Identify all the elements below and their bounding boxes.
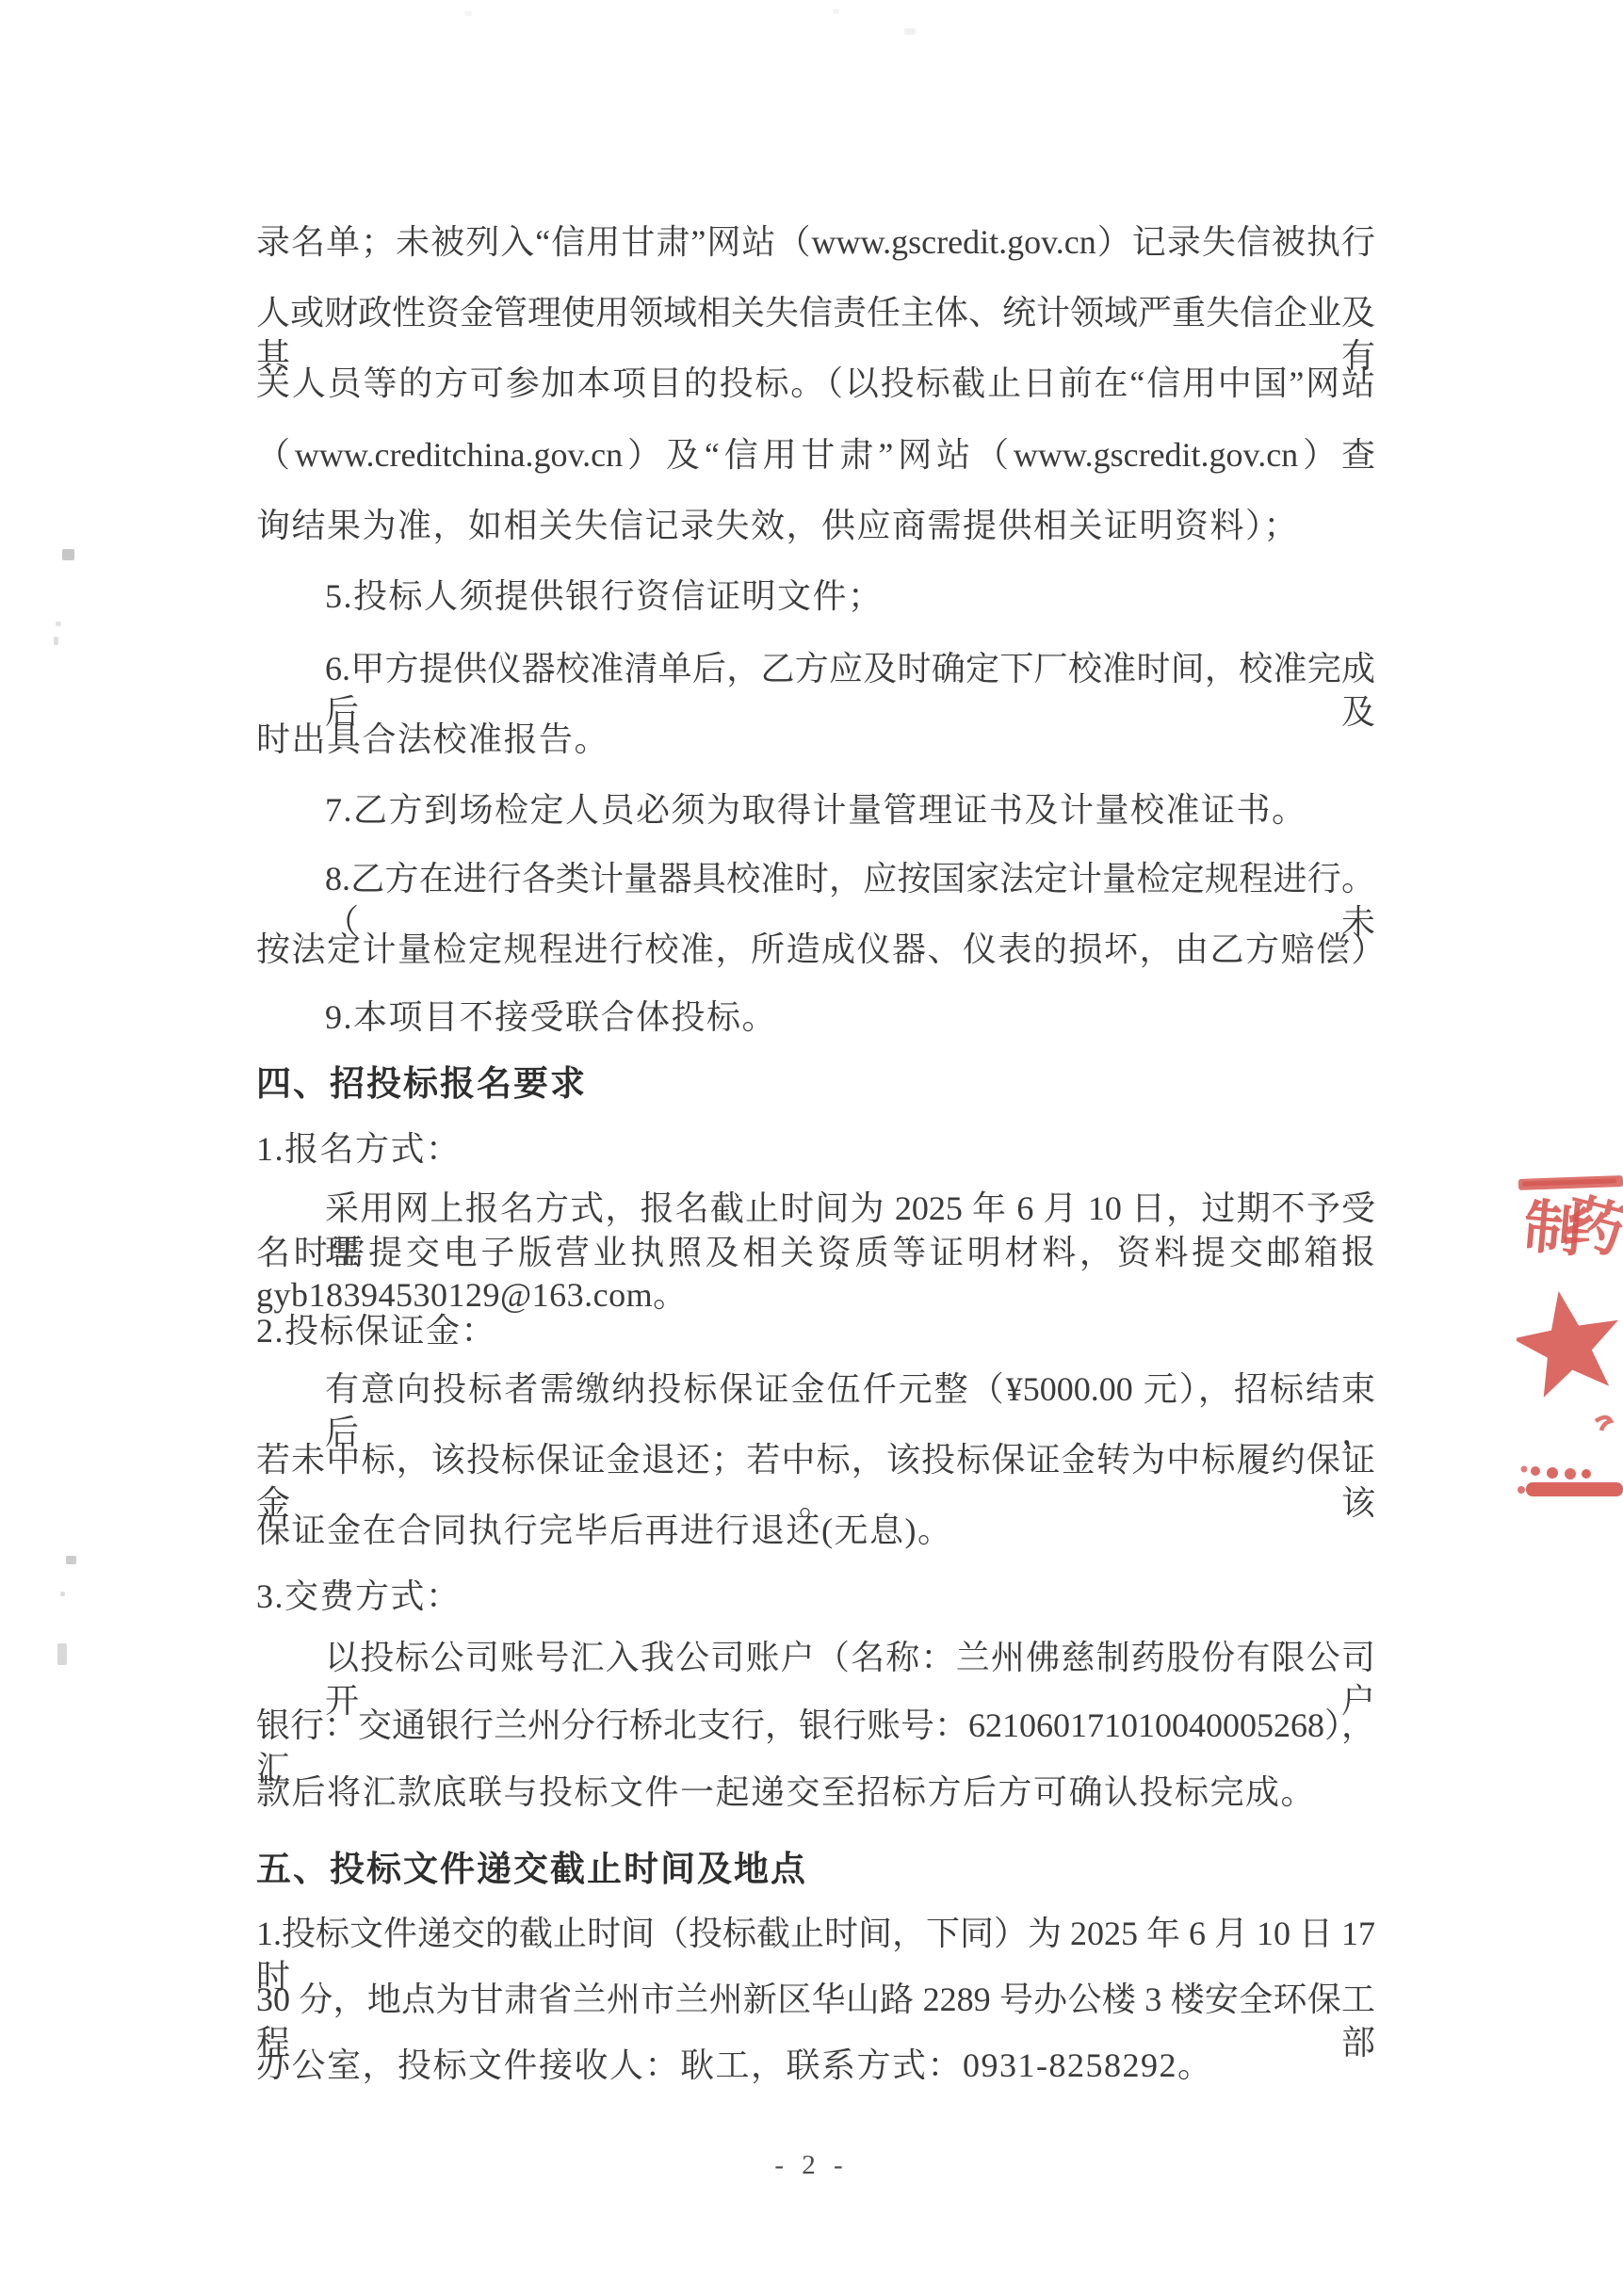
doc-line: （www.creditchina.gov.cn）及“信用甘肃”网站（www.gs… xyxy=(256,433,1375,477)
doc-subheading-payment: 3.交费方式： xyxy=(256,1575,1375,1618)
seal-small-mark xyxy=(1596,1417,1611,1431)
doc-line: 按法定计量检定规程进行校准，所造成仪器、仪表的损坏，由乙方赔偿） xyxy=(256,928,1375,971)
seal-border-bar xyxy=(1518,1175,1623,1190)
page-number: - 2 - xyxy=(0,2143,1623,2187)
doc-line-item-7: 7.乙方到场检定人员必须为取得计量管理证书及计量校准证书。 xyxy=(325,788,1375,832)
doc-line: 名时需提交电子版营业执照及相关资质等证明材料，资料提交邮箱： xyxy=(256,1231,1375,1274)
doc-subheading-signup: 1.报名方式： xyxy=(256,1127,1375,1171)
doc-line-item-9: 9.本项目不接受联合体投标。 xyxy=(325,995,1375,1039)
doc-line: 录名单；未被列入“信用甘肃”网站（www.gscredit.gov.cn）记录失… xyxy=(256,220,1375,264)
scan-artifact xyxy=(60,1592,65,1596)
doc-line: 时出具合法校准报告。 xyxy=(256,718,1375,761)
doc-line: 关人员等的方可参加本项目的投标。（以投标截止日前在“信用中国”网站 xyxy=(256,362,1375,405)
seal-bottom-edge xyxy=(1518,1466,1623,1497)
doc-line: 询结果为准，如相关失信记录失效，供应商需提供相关证明资料）； xyxy=(256,504,1375,547)
scan-artifact xyxy=(833,9,839,14)
scan-artifact xyxy=(54,637,58,645)
scan-artifact xyxy=(56,622,61,626)
contact-phone-line: 办公室，投标文件接收人：耿工，联系方式：0931-8258292。 xyxy=(256,2044,1375,2087)
scan-artifact xyxy=(57,1643,67,1665)
seal-star-icon xyxy=(1517,1291,1618,1398)
doc-subheading-deposit: 2.投标保证金： xyxy=(256,1309,1375,1352)
doc-line-item-5: 5.投标人须提供银行资信证明文件； xyxy=(325,574,1375,618)
doc-line: 保证金在合同执行完毕后再进行退还(无息)。 xyxy=(256,1509,1375,1552)
section-heading-4: 四、招投标报名要求 xyxy=(256,1062,1375,1106)
scan-artifact xyxy=(62,549,74,560)
scan-artifact xyxy=(66,1556,76,1564)
scan-artifact xyxy=(904,28,916,35)
doc-line: 款后将汇款底联与投标文件一起递交至招标方后方可确认投标完成。 xyxy=(256,1771,1375,1814)
section-heading-5: 五、投标文件递交截止时间及地点 xyxy=(256,1848,1375,1891)
company-seal-stamp: 制 药 xyxy=(1517,1171,1623,1510)
scanned-document-page: { "page": { "number": "- 2 -" }, "conten… xyxy=(0,0,1623,2296)
scan-artifact xyxy=(464,11,472,16)
